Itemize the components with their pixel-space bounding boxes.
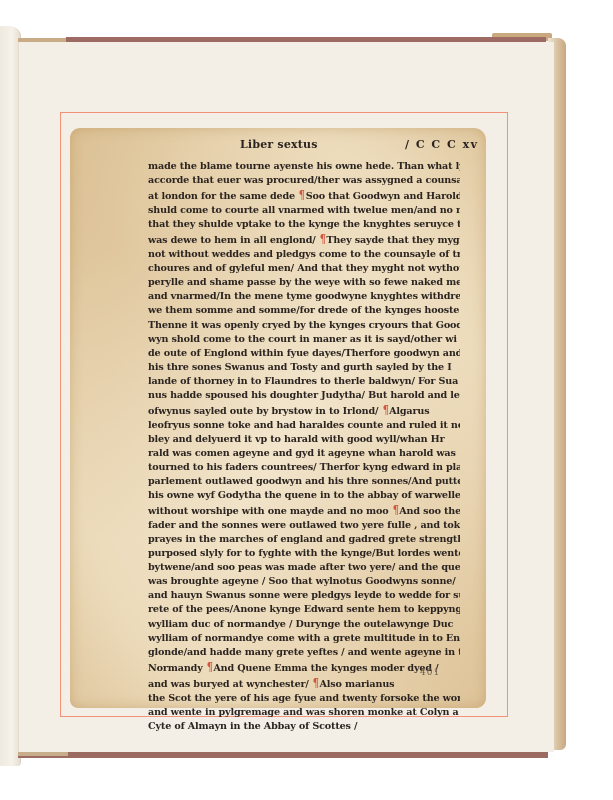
line-text: nus hadde spoused his doughter Judytha/ … bbox=[148, 390, 460, 401]
line-text: rete of the pees/Anone kynge Edward sent… bbox=[148, 604, 460, 615]
line-text: without worshipe with one mayde and no m… bbox=[148, 506, 392, 517]
line-text: And soo the bbox=[399, 506, 460, 517]
line-text: rald was comen ageyne and gyd it ageyne … bbox=[148, 448, 456, 459]
text-line: and was buryed at wynchester/ ¶Also mari… bbox=[148, 676, 460, 692]
text-line: his thre sones Swanus and Tosty and gurt… bbox=[148, 361, 460, 375]
line-text: choures and of gyleful men/ And that the… bbox=[148, 263, 460, 274]
running-head: Liber sextus / C C C xv bbox=[70, 128, 486, 146]
text-line: leofryus sonne toke and had haraldes cou… bbox=[148, 419, 460, 433]
line-text: that they shulde vptake to the kynge the… bbox=[148, 219, 460, 230]
text-line: fader and the sonnes were outlawed two y… bbox=[148, 519, 460, 533]
text-line: Cyte of Almayn in the Abbay of Scottes / bbox=[148, 720, 460, 734]
page-number: 401 bbox=[420, 668, 440, 678]
line-text: They sayde that they myght bbox=[326, 235, 460, 246]
text-line: rete of the pees/Anone kynge Edward sent… bbox=[148, 603, 460, 617]
line-text: And Quene Emma the kynges moder dyed / bbox=[213, 663, 438, 674]
text-line: bley and delyuerd it vp to harald with g… bbox=[148, 433, 460, 447]
mount-page: Liber sextus / C C C xv made the blame t… bbox=[18, 42, 554, 752]
text-line: not without weddes and pledgys come to t… bbox=[148, 248, 460, 262]
line-text: parlement outlawed goodwyn and his thre … bbox=[148, 476, 460, 487]
line-text: Soo that Goodwyn and Harold bbox=[306, 191, 460, 202]
text-line: nus hadde spoused his doughter Judytha/ … bbox=[148, 389, 460, 403]
red-paraph-mark-icon: ¶ bbox=[313, 676, 319, 690]
line-text: de oute of Englond within fyue dayes/The… bbox=[148, 348, 460, 359]
red-paraph-mark-icon: ¶ bbox=[207, 660, 213, 674]
line-text: and wente in pylgremage and was shoren m… bbox=[148, 707, 459, 718]
line-text: Also marianus bbox=[319, 679, 394, 690]
line-text: wyn shold come to the court in maner as … bbox=[148, 334, 457, 345]
line-text: was broughte ageyne / Soo that wylnotus … bbox=[148, 576, 456, 587]
text-line: bytwene/and soo peas was made after two … bbox=[148, 561, 460, 575]
line-text: and was buryed at wynchester/ bbox=[148, 679, 312, 690]
line-text: lande of thorney in to Flaundres to ther… bbox=[148, 376, 458, 387]
text-line: wyn shold come to the court in maner as … bbox=[148, 333, 460, 347]
line-text: prayes in the marches of england and gad… bbox=[148, 534, 460, 545]
line-text: shuld come to courte all vnarmed with tw… bbox=[148, 205, 460, 216]
line-text: bley and delyuerd it vp to harald with g… bbox=[148, 434, 445, 445]
text-line: and wente in pylgremage and was shoren m… bbox=[148, 706, 460, 720]
line-text: the Scot the yere of his age fyue and tw… bbox=[148, 693, 460, 704]
text-line: and vnarmed/In the mene tyme goodwyne kn… bbox=[148, 290, 460, 304]
line-text: bytwene/and soo peas was made after two … bbox=[148, 562, 460, 573]
text-line: the Scot the yere of his age fyue and tw… bbox=[148, 692, 460, 706]
text-line: Normandy ¶And Quene Emma the kynges mode… bbox=[148, 660, 460, 676]
red-paraph-mark-icon: ¶ bbox=[299, 188, 305, 202]
text-line: ofwynus sayled oute by brystow in to Irl… bbox=[148, 403, 460, 419]
line-text: purposed slyly for to fyghte with the ky… bbox=[148, 548, 460, 559]
text-line: wylliam of normandye come with a grete m… bbox=[148, 632, 460, 646]
text-line: glonde/and hadde many grete yeftes / and… bbox=[148, 646, 460, 660]
text-block: made the blame tourne ayenste his owne h… bbox=[148, 160, 460, 734]
line-text: and hauyn Swanus sonne were pledgys leyd… bbox=[148, 590, 460, 601]
text-line: lande of thorney in to Flaundres to ther… bbox=[148, 375, 460, 389]
running-head-folio: / C C C xv bbox=[405, 138, 479, 151]
text-line: was broughte ageyne / Soo that wylnotus … bbox=[148, 575, 460, 589]
text-line: perylle and shame passe by the weye with… bbox=[148, 276, 460, 290]
text-line: without worshipe with one mayde and no m… bbox=[148, 503, 460, 519]
text-line: that they shulde vptake to the kynge the… bbox=[148, 218, 460, 232]
red-paraph-mark-icon: ¶ bbox=[382, 403, 388, 417]
line-text: was dewe to hem in all englond/ bbox=[148, 235, 319, 246]
line-text: ofwynus sayled oute by brystow in to Irl… bbox=[148, 406, 382, 417]
red-paraph-mark-icon: ¶ bbox=[320, 232, 326, 246]
text-line: was dewe to hem in all englond/ ¶They sa… bbox=[148, 232, 460, 248]
line-text: wylliam of normandye come with a grete m… bbox=[148, 633, 460, 644]
text-line: wylliam duc of normandye / Durynge the o… bbox=[148, 618, 460, 632]
line-text: made the blame tourne ayenste his owne h… bbox=[148, 161, 460, 172]
text-line: de oute of Englond within fyue dayes/The… bbox=[148, 347, 460, 361]
line-text: wylliam duc of normandye / Durynge the o… bbox=[148, 619, 453, 630]
line-text: we them somme and somme/for drede of the… bbox=[148, 305, 460, 316]
line-text: not without weddes and pledgys come to t… bbox=[148, 249, 460, 260]
text-line: made the blame tourne ayenste his owne h… bbox=[148, 160, 460, 174]
line-text: Algarus bbox=[389, 406, 429, 417]
line-text: and vnarmed/In the mene tyme goodwyne kn… bbox=[148, 291, 460, 302]
text-line: shuld come to courte all vnarmed with tw… bbox=[148, 204, 460, 218]
line-text: fader and the sonnes were outlawed two y… bbox=[148, 520, 460, 531]
running-head-title: Liber sextus bbox=[240, 138, 318, 151]
text-line: rald was comen ageyne and gyd it ageyne … bbox=[148, 447, 460, 461]
line-text: Cyte of Almayn in the Abbay of Scottes / bbox=[148, 721, 357, 732]
text-line: we them somme and somme/for drede of the… bbox=[148, 304, 460, 318]
text-line: at london for the same dede ¶Soo that Go… bbox=[148, 188, 460, 204]
red-paraph-mark-icon: ¶ bbox=[392, 503, 398, 517]
text-line: prayes in the marches of england and gad… bbox=[148, 533, 460, 547]
text-line: and hauyn Swanus sonne were pledgys leyd… bbox=[148, 589, 460, 603]
text-line: accorde that euer was procured/ther was … bbox=[148, 174, 460, 188]
line-text: accorde that euer was procured/ther was … bbox=[148, 175, 460, 186]
printed-leaf: Liber sextus / C C C xv made the blame t… bbox=[70, 128, 486, 708]
text-line: parlement outlawed goodwyn and his thre … bbox=[148, 475, 460, 489]
text-line: Thenne it was openly cryed by the kynges… bbox=[148, 319, 460, 333]
text-line: his owne wyf Godytha the quene in to the… bbox=[148, 489, 460, 503]
line-text: Normandy bbox=[148, 663, 206, 674]
line-text: his owne wyf Godytha the quene in to the… bbox=[148, 490, 460, 501]
line-text: at london for the same dede bbox=[148, 191, 298, 202]
text-line: choures and of gyleful men/ And that the… bbox=[148, 262, 460, 276]
line-text: perylle and shame passe by the weye with… bbox=[148, 277, 460, 288]
line-text: his thre sones Swanus and Tosty and gurt… bbox=[148, 362, 452, 373]
text-line: tourned to his faders countrees/ Therfor… bbox=[148, 461, 460, 475]
line-text: tourned to his faders countrees/ Therfor… bbox=[148, 462, 460, 473]
book-bottom-edge bbox=[18, 752, 548, 758]
line-text: glonde/and hadde many grete yeftes / and… bbox=[148, 647, 460, 658]
line-text: Thenne it was openly cryed by the kynges… bbox=[148, 320, 460, 331]
line-text: leofryus sonne toke and had haraldes cou… bbox=[148, 420, 460, 431]
text-line: purposed slyly for to fyghte with the ky… bbox=[148, 547, 460, 561]
